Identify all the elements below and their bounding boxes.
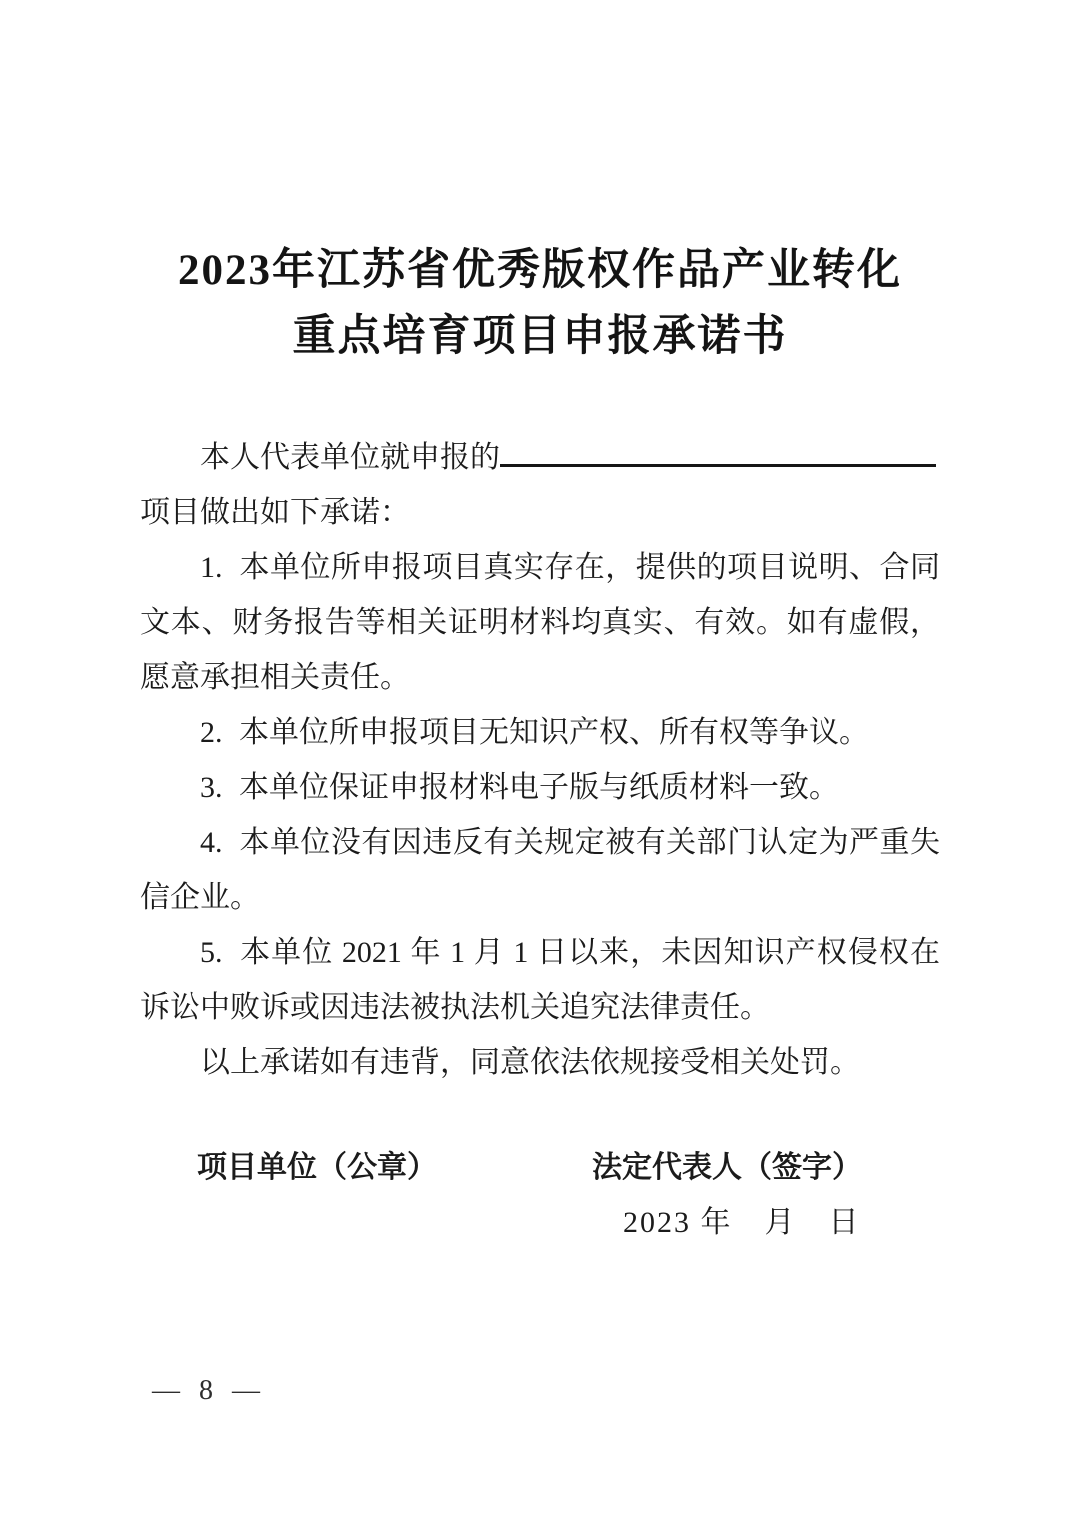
intro-paragraph: 本人代表单位就申报的 <box>140 430 940 485</box>
project-name-blank <box>500 434 936 467</box>
commitment-item-5: 5.本单位 2021 年 1 月 1 日以来，未因知识产权侵权在诉讼中败诉或因违… <box>140 925 940 1035</box>
date-line: 2023 年 月 日 <box>623 1195 861 1250</box>
item-text: 本单位所申报项目无知识产权、所有权等争议。 <box>239 716 869 749</box>
signature-row: 项目单位（公章） 法定代表人（签字） <box>140 1140 940 1195</box>
item-number: 2. <box>200 716 223 749</box>
page-number: — 8 — <box>152 1375 266 1407</box>
signature-legal-representative-label: 法定代表人（签字） <box>592 1140 862 1195</box>
document-body: 本人代表单位就申报的 项目做出如下承诺： 1.本单位所申报项目真实存在，提供的项… <box>140 430 940 1250</box>
commitment-item-3: 3.本单位保证申报材料电子版与纸质材料一致。 <box>140 760 940 815</box>
item-number: 5. <box>200 936 223 969</box>
document-title: 2023年江苏省优秀版权作品产业转化 重点培育项目申报承诺书 <box>0 238 1080 370</box>
document-page: 2023年江苏省优秀版权作品产业转化 重点培育项目申报承诺书 本人代表单位就申报… <box>0 0 1080 1527</box>
title-line-2: 重点培育项目申报承诺书 <box>0 304 1080 370</box>
title-line-1: 2023年江苏省优秀版权作品产业转化 <box>0 238 1080 304</box>
commitment-item-2: 2.本单位所申报项目无知识产权、所有权等争议。 <box>140 705 940 760</box>
item-number: 4. <box>200 826 223 859</box>
item-text: 本单位所申报项目真实存在，提供的项目说明、合同文本、财务报告等相关证明材料均真实… <box>140 551 940 694</box>
date-row: 2023 年 月 日 <box>140 1195 940 1250</box>
intro-suffix-line: 项目做出如下承诺： <box>140 485 940 540</box>
intro-prefix-text: 本人代表单位就申报的 <box>200 441 500 474</box>
item-text: 本单位保证申报材料电子版与纸质材料一致。 <box>239 771 839 804</box>
commitment-item-4: 4.本单位没有因违反有关规定被有关部门认定为严重失信企业。 <box>140 815 940 925</box>
item-number: 1. <box>200 551 223 584</box>
item-text: 本单位没有因违反有关规定被有关部门认定为严重失信企业。 <box>140 826 940 914</box>
closing-statement: 以上承诺如有违背，同意依法依规接受相关处罚。 <box>140 1035 940 1090</box>
item-number: 3. <box>200 771 223 804</box>
signature-unit-seal-label: 项目单位（公章） <box>197 1140 437 1195</box>
item-text: 本单位 2021 年 1 月 1 日以来，未因知识产权侵权在诉讼中败诉或因违法被… <box>140 936 940 1024</box>
commitment-item-1: 1.本单位所申报项目真实存在，提供的项目说明、合同文本、财务报告等相关证明材料均… <box>140 540 940 705</box>
